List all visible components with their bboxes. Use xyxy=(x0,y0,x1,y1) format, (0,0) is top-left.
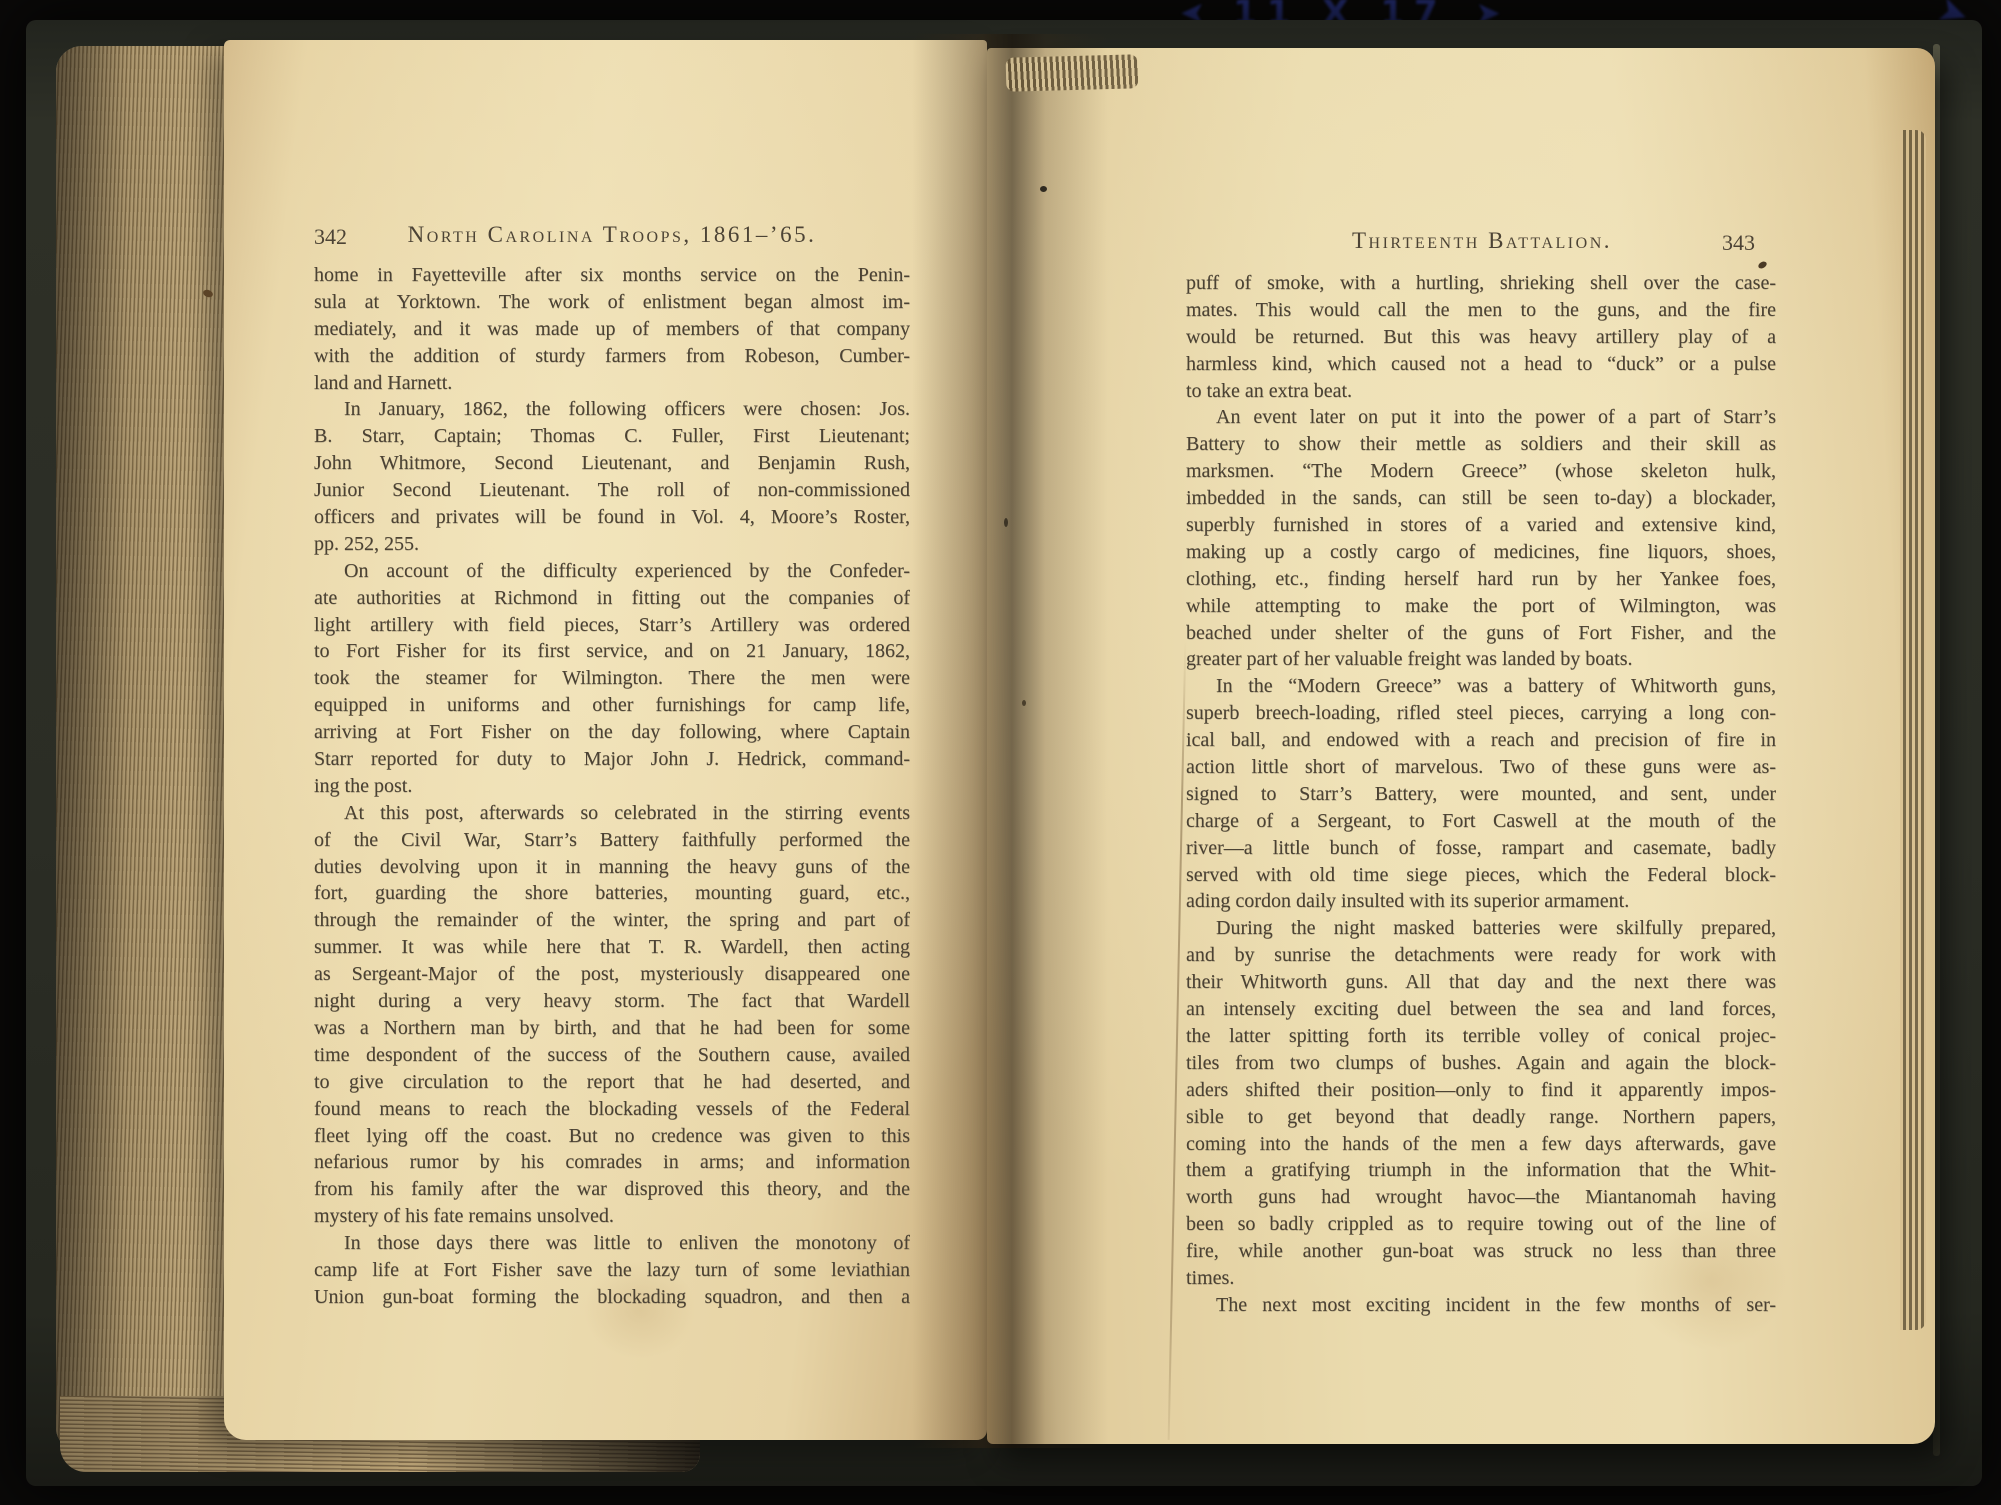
text-line: would be returned. But this was heavy ar… xyxy=(1186,324,1776,351)
text-line: river—a little bunch of fosse, rampart a… xyxy=(1186,835,1776,862)
text-line: home in Fayetteville after six months se… xyxy=(314,262,910,289)
text-line: their Whitworth guns. All that day and t… xyxy=(1186,969,1776,996)
text-line: The next most exciting incident in the f… xyxy=(1186,1292,1776,1319)
text-line: sula at Yorktown. The work of enlistment… xyxy=(314,289,910,316)
text-line: light artillery with field pieces, Starr… xyxy=(314,612,910,639)
text-line: worth guns had wrought havoc—the Miantan… xyxy=(1186,1184,1776,1211)
text-line: In January, 1862, the following officers… xyxy=(314,396,910,423)
text-line: Battery to show their mettle as soldiers… xyxy=(1186,431,1776,458)
text-line: ate authorities at Richmond in fitting o… xyxy=(314,585,910,612)
text-line: mates. This would call the men to the gu… xyxy=(1186,297,1776,324)
text-line: During the night masked batteries were s… xyxy=(1186,915,1776,942)
text-line: sible to get beyond that deadly range. N… xyxy=(1186,1104,1776,1131)
text-line: to take an extra beat. xyxy=(1186,378,1776,405)
text-line: signed to Starr’s Battery, were mounted,… xyxy=(1186,781,1776,808)
text-line: ing the post. xyxy=(314,773,910,800)
text-line: arriving at Fort Fisher on the day follo… xyxy=(314,719,910,746)
text-line: Junior Second Lieutenant. The roll of no… xyxy=(314,477,910,504)
text-line: greater part of her valuable freight was… xyxy=(1186,646,1776,673)
text-line: as Sergeant-Major of the post, mysteriou… xyxy=(314,961,910,988)
text-line: was a Northern man by birth, and that he… xyxy=(314,1015,910,1042)
text-line: mystery of his fate remains unsolved. xyxy=(314,1203,910,1230)
text-line: superb breech-loading, rifled steel piec… xyxy=(1186,700,1776,727)
text-line: to Fort Fisher for its first service, an… xyxy=(314,638,910,665)
text-line: been so badly crippled as to require tow… xyxy=(1186,1211,1776,1238)
text-line: tiles from two clumps of bushes. Again a… xyxy=(1186,1050,1776,1077)
text-line: an intensely exciting duel between the s… xyxy=(1186,996,1776,1023)
body-text-right: puff of smoke, with a hurtling, shriekin… xyxy=(1186,270,1776,1319)
text-line: Union gun-boat forming the blockading sq… xyxy=(314,1284,910,1311)
text-line: B. Starr, Captain; Thomas C. Fuller, Fir… xyxy=(314,423,910,450)
text-line: equipped in uniforms and other furnishin… xyxy=(314,692,910,719)
text-line: In those days there was little to enlive… xyxy=(314,1230,910,1257)
text-line: mediately, and it was made up of members… xyxy=(314,316,910,343)
text-line: At this post, afterwards so celebrated i… xyxy=(314,800,910,827)
text-line: coming into the hands of the men a few d… xyxy=(1186,1131,1776,1158)
text-line: officers and privates will be found in V… xyxy=(314,504,910,531)
text-line: through the remainder of the winter, the… xyxy=(314,907,910,934)
text-line: clothing, etc., finding herself hard run… xyxy=(1186,566,1776,593)
text-line: found means to reach the blockading vess… xyxy=(314,1096,910,1123)
text-line: with the addition of sturdy farmers from… xyxy=(314,343,910,370)
text-line: puff of smoke, with a hurtling, shriekin… xyxy=(1186,270,1776,297)
page-edges-right xyxy=(1900,130,1926,1330)
text-line: summer. It was while here that T. R. War… xyxy=(314,934,910,961)
text-line: and by sunrise the detachments were read… xyxy=(1186,942,1776,969)
book-photo: ➤ 11 X 17 ➤ ➤ 342 North Carolina Troops,… xyxy=(0,0,2001,1505)
text-line: them a gratifying triumph in the informa… xyxy=(1186,1157,1776,1184)
running-head-right: Thirteenth Battalion. xyxy=(1186,228,1778,254)
text-line: took the steamer for Wilmington. There t… xyxy=(314,665,910,692)
text-line: duties devolving upon it in manning the … xyxy=(314,854,910,881)
text-line: In the “Modern Greece” was a battery of … xyxy=(1186,673,1776,700)
text-line: fort, guarding the shore batteries, moun… xyxy=(314,880,910,907)
text-line: imbedded in the sands, can still be seen… xyxy=(1186,485,1776,512)
text-line: to give circulation to the report that h… xyxy=(314,1069,910,1096)
text-line: marksmen. “The Modern Greece” (whose ske… xyxy=(1186,458,1776,485)
text-line: time despondent of the success of the So… xyxy=(314,1042,910,1069)
text-line: superbly furnished in stores of a varied… xyxy=(1186,512,1776,539)
text-line: night during a very heavy storm. The fac… xyxy=(314,988,910,1015)
spine-stitching xyxy=(1006,54,1139,91)
body-text-left: home in Fayetteville after six months se… xyxy=(314,262,910,1311)
paper-speck xyxy=(1004,518,1008,527)
text-line: nefarious rumor by his comrades in arms;… xyxy=(314,1149,910,1176)
text-line: making up a costly cargo of medicines, f… xyxy=(1186,539,1776,566)
text-line: An event later on put it into the power … xyxy=(1186,404,1776,431)
text-line: pp. 252, 255. xyxy=(314,531,910,558)
text-line: harmless kind, which caused not a head t… xyxy=(1186,351,1776,378)
text-line: ical ball, and endowed with a reach and … xyxy=(1186,727,1776,754)
text-line: Starr reported for duty to Major John J.… xyxy=(314,746,910,773)
text-line: fleet lying off the coast. But no creden… xyxy=(314,1123,910,1150)
text-line: aders shifted their position—only to fin… xyxy=(1186,1077,1776,1104)
text-line: times. xyxy=(1186,1265,1776,1292)
text-line: served with old time siege pieces, which… xyxy=(1186,862,1776,889)
text-line: John Whitmore, Second Lieutenant, and Be… xyxy=(314,450,910,477)
paper-speck xyxy=(1040,186,1047,192)
text-line: beached under shelter of the guns of For… xyxy=(1186,620,1776,647)
text-line: while attempting to make the port of Wil… xyxy=(1186,593,1776,620)
text-line: land and Harnett. xyxy=(314,370,910,397)
text-line: charge of a Sergeant, to Fort Caswell at… xyxy=(1186,808,1776,835)
text-line: On account of the difficulty experienced… xyxy=(314,558,910,585)
text-line: action little short of marvelous. Two of… xyxy=(1186,754,1776,781)
text-line: of the Civil War, Starr’s Battery faithf… xyxy=(314,827,910,854)
text-line: camp life at Fort Fisher save the lazy t… xyxy=(314,1257,910,1284)
running-head-left: North Carolina Troops, 1861–’65. xyxy=(314,222,910,248)
text-line: the latter spitting forth its terrible v… xyxy=(1186,1023,1776,1050)
text-line: from his family after the war disproved … xyxy=(314,1176,910,1203)
text-line: ading cordon daily insulted with its sup… xyxy=(1186,888,1776,915)
text-line: fire, while another gun-boat was struck … xyxy=(1186,1238,1776,1265)
page-number-right: 343 xyxy=(1722,230,1755,256)
paper-speck xyxy=(1022,700,1026,706)
